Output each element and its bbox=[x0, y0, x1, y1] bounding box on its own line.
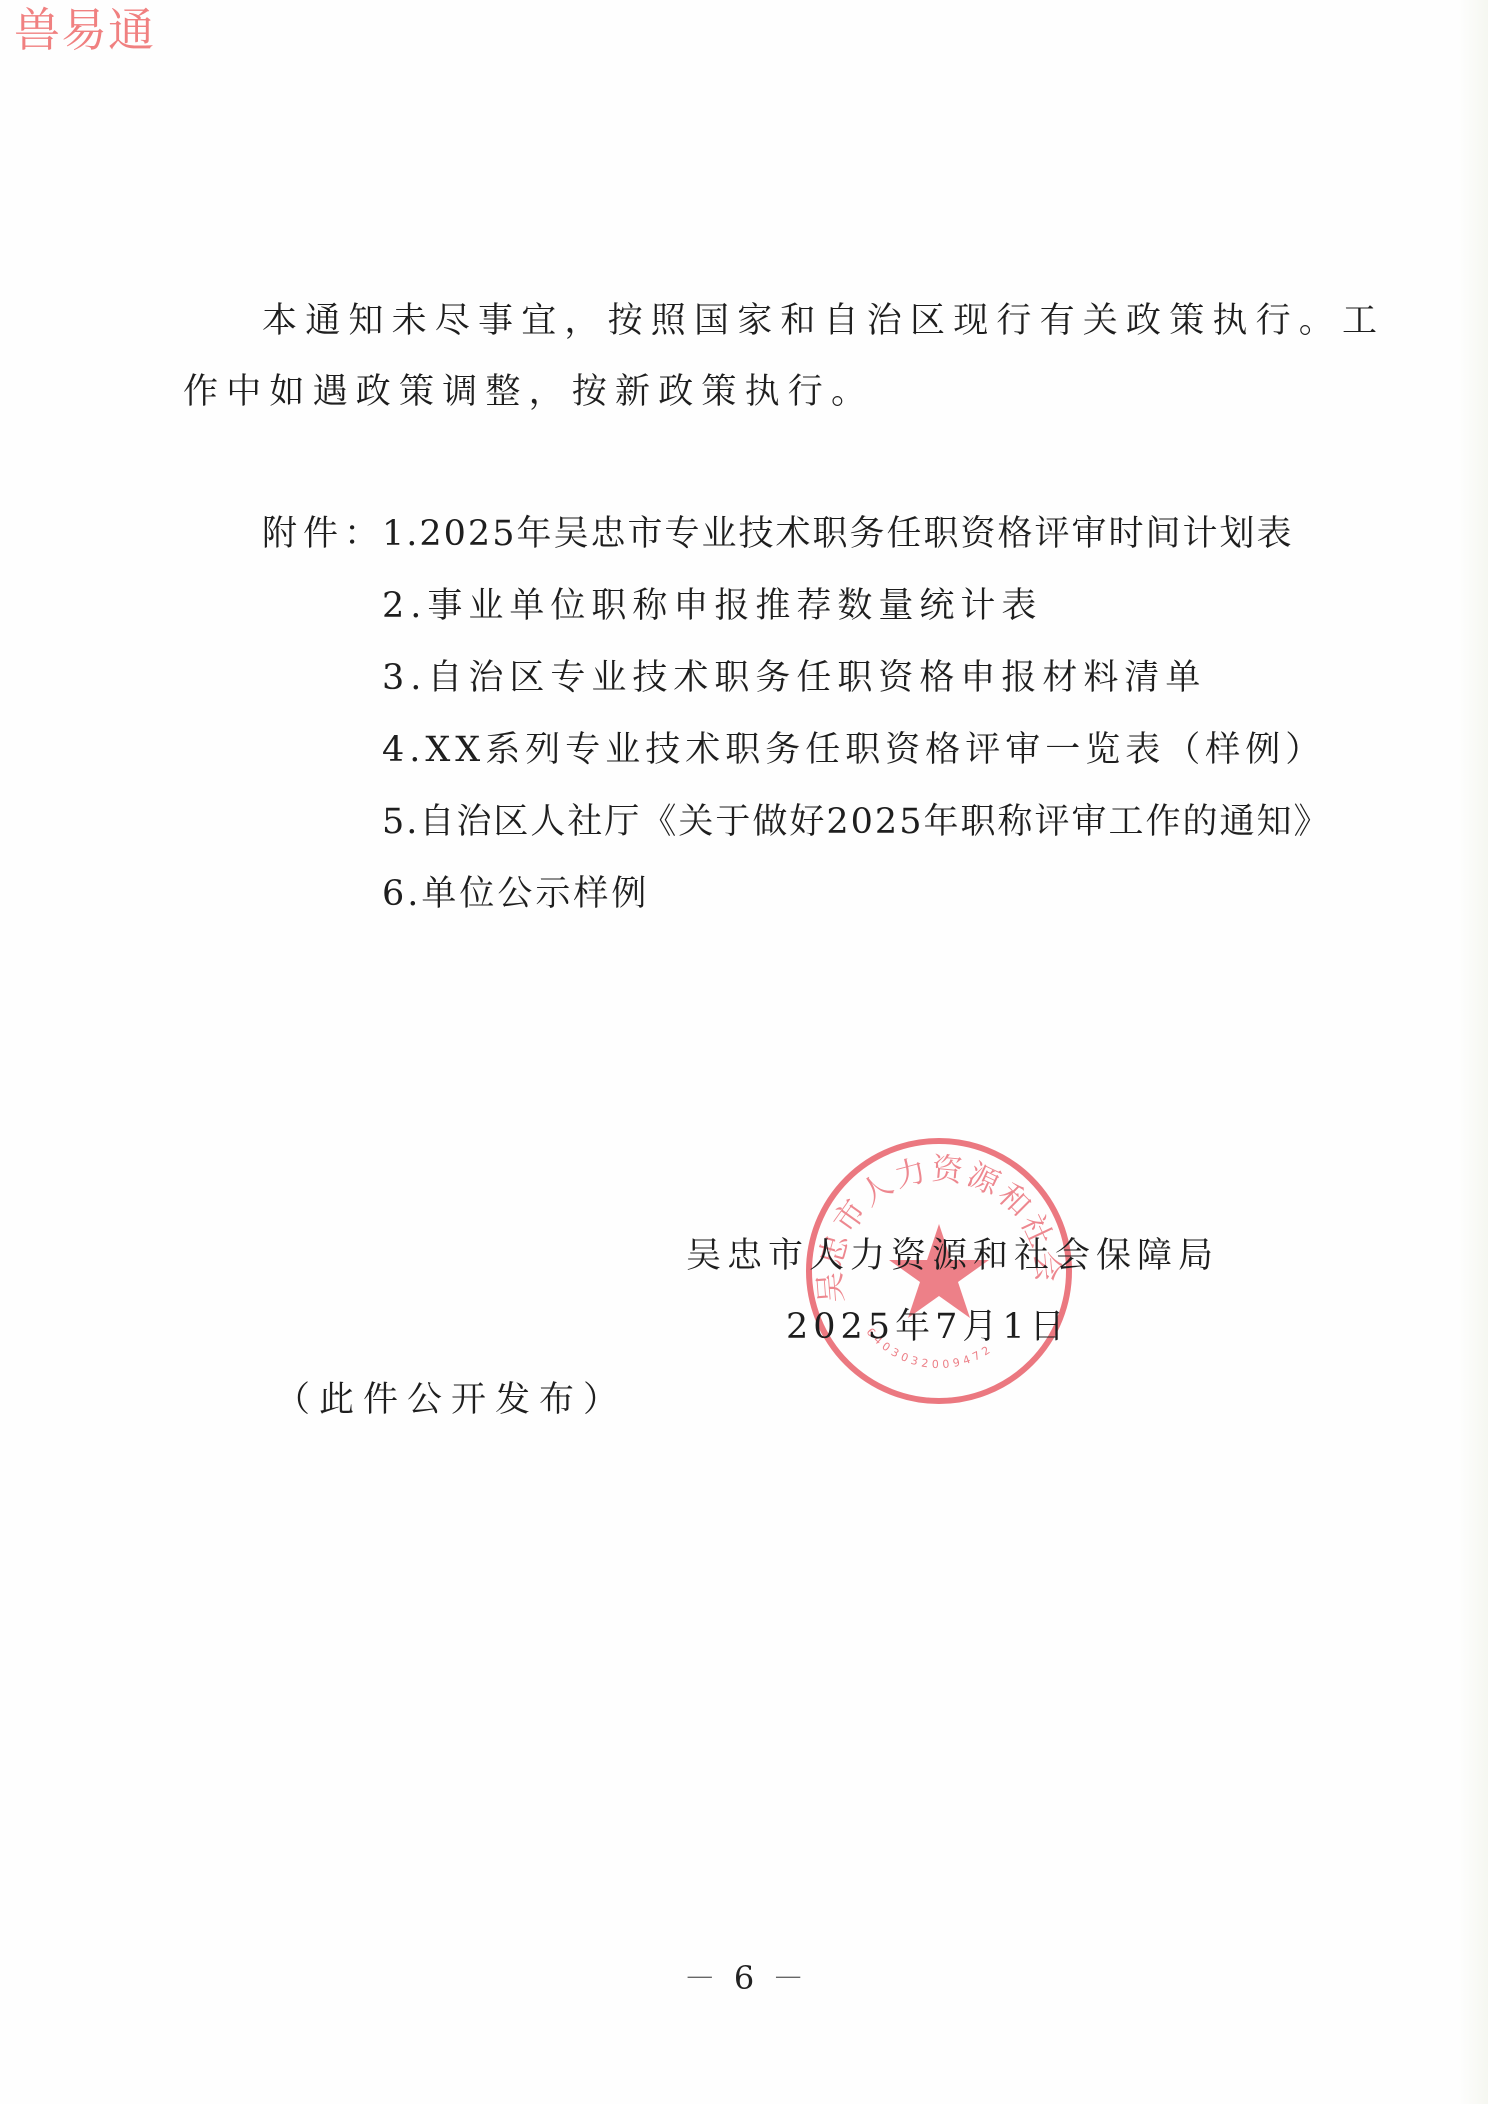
page-number: －6－ bbox=[0, 1958, 1488, 1998]
page-number-dash-left: － bbox=[684, 1959, 716, 1997]
body-paragraph-line-1: 本通知未尽事宜，按照国家和自治区现行有关政策执行。工 bbox=[262, 299, 1385, 343]
issuer-name: 吴忠市人力资源和社会保障局 bbox=[686, 1234, 1219, 1278]
attachment-item-3: 3.自治区专业技术职务任职资格申报材料清单 bbox=[382, 656, 1206, 700]
document-page: 兽易通 本通知未尽事宜，按照国家和自治区现行有关政策执行。工 作中如遇政策调整，… bbox=[0, 0, 1488, 2104]
issue-date: 2025年7月1日 bbox=[786, 1305, 1070, 1349]
attachment-item-6: 6.单位公示样例 bbox=[382, 872, 649, 916]
watermark: 兽易通 bbox=[14, 2, 155, 58]
attachment-item-5: 5.自治区人社厅《关于做好2025年职称评审工作的通知》 bbox=[382, 800, 1330, 844]
page-number-value: 6 bbox=[734, 1959, 754, 1997]
attachment-item-1: 1.2025年吴忠市专业技术职务任职资格评审时间计划表 bbox=[382, 512, 1293, 556]
body-paragraph-line-2: 作中如遇政策调整，按新政策执行。 bbox=[183, 370, 874, 414]
public-release-note: （此件公开发布） bbox=[275, 1378, 627, 1422]
attachment-item-2: 2.事业单位职称申报推荐数量统计表 bbox=[382, 584, 1042, 628]
attachment-item-4: 4.XX系列专业技术职务任职资格评审一览表（样例） bbox=[382, 728, 1325, 772]
attachments-label: 附件： bbox=[262, 512, 385, 556]
page-number-dash-right: － bbox=[772, 1959, 804, 1997]
scan-edge-shadow bbox=[1458, 0, 1488, 2104]
